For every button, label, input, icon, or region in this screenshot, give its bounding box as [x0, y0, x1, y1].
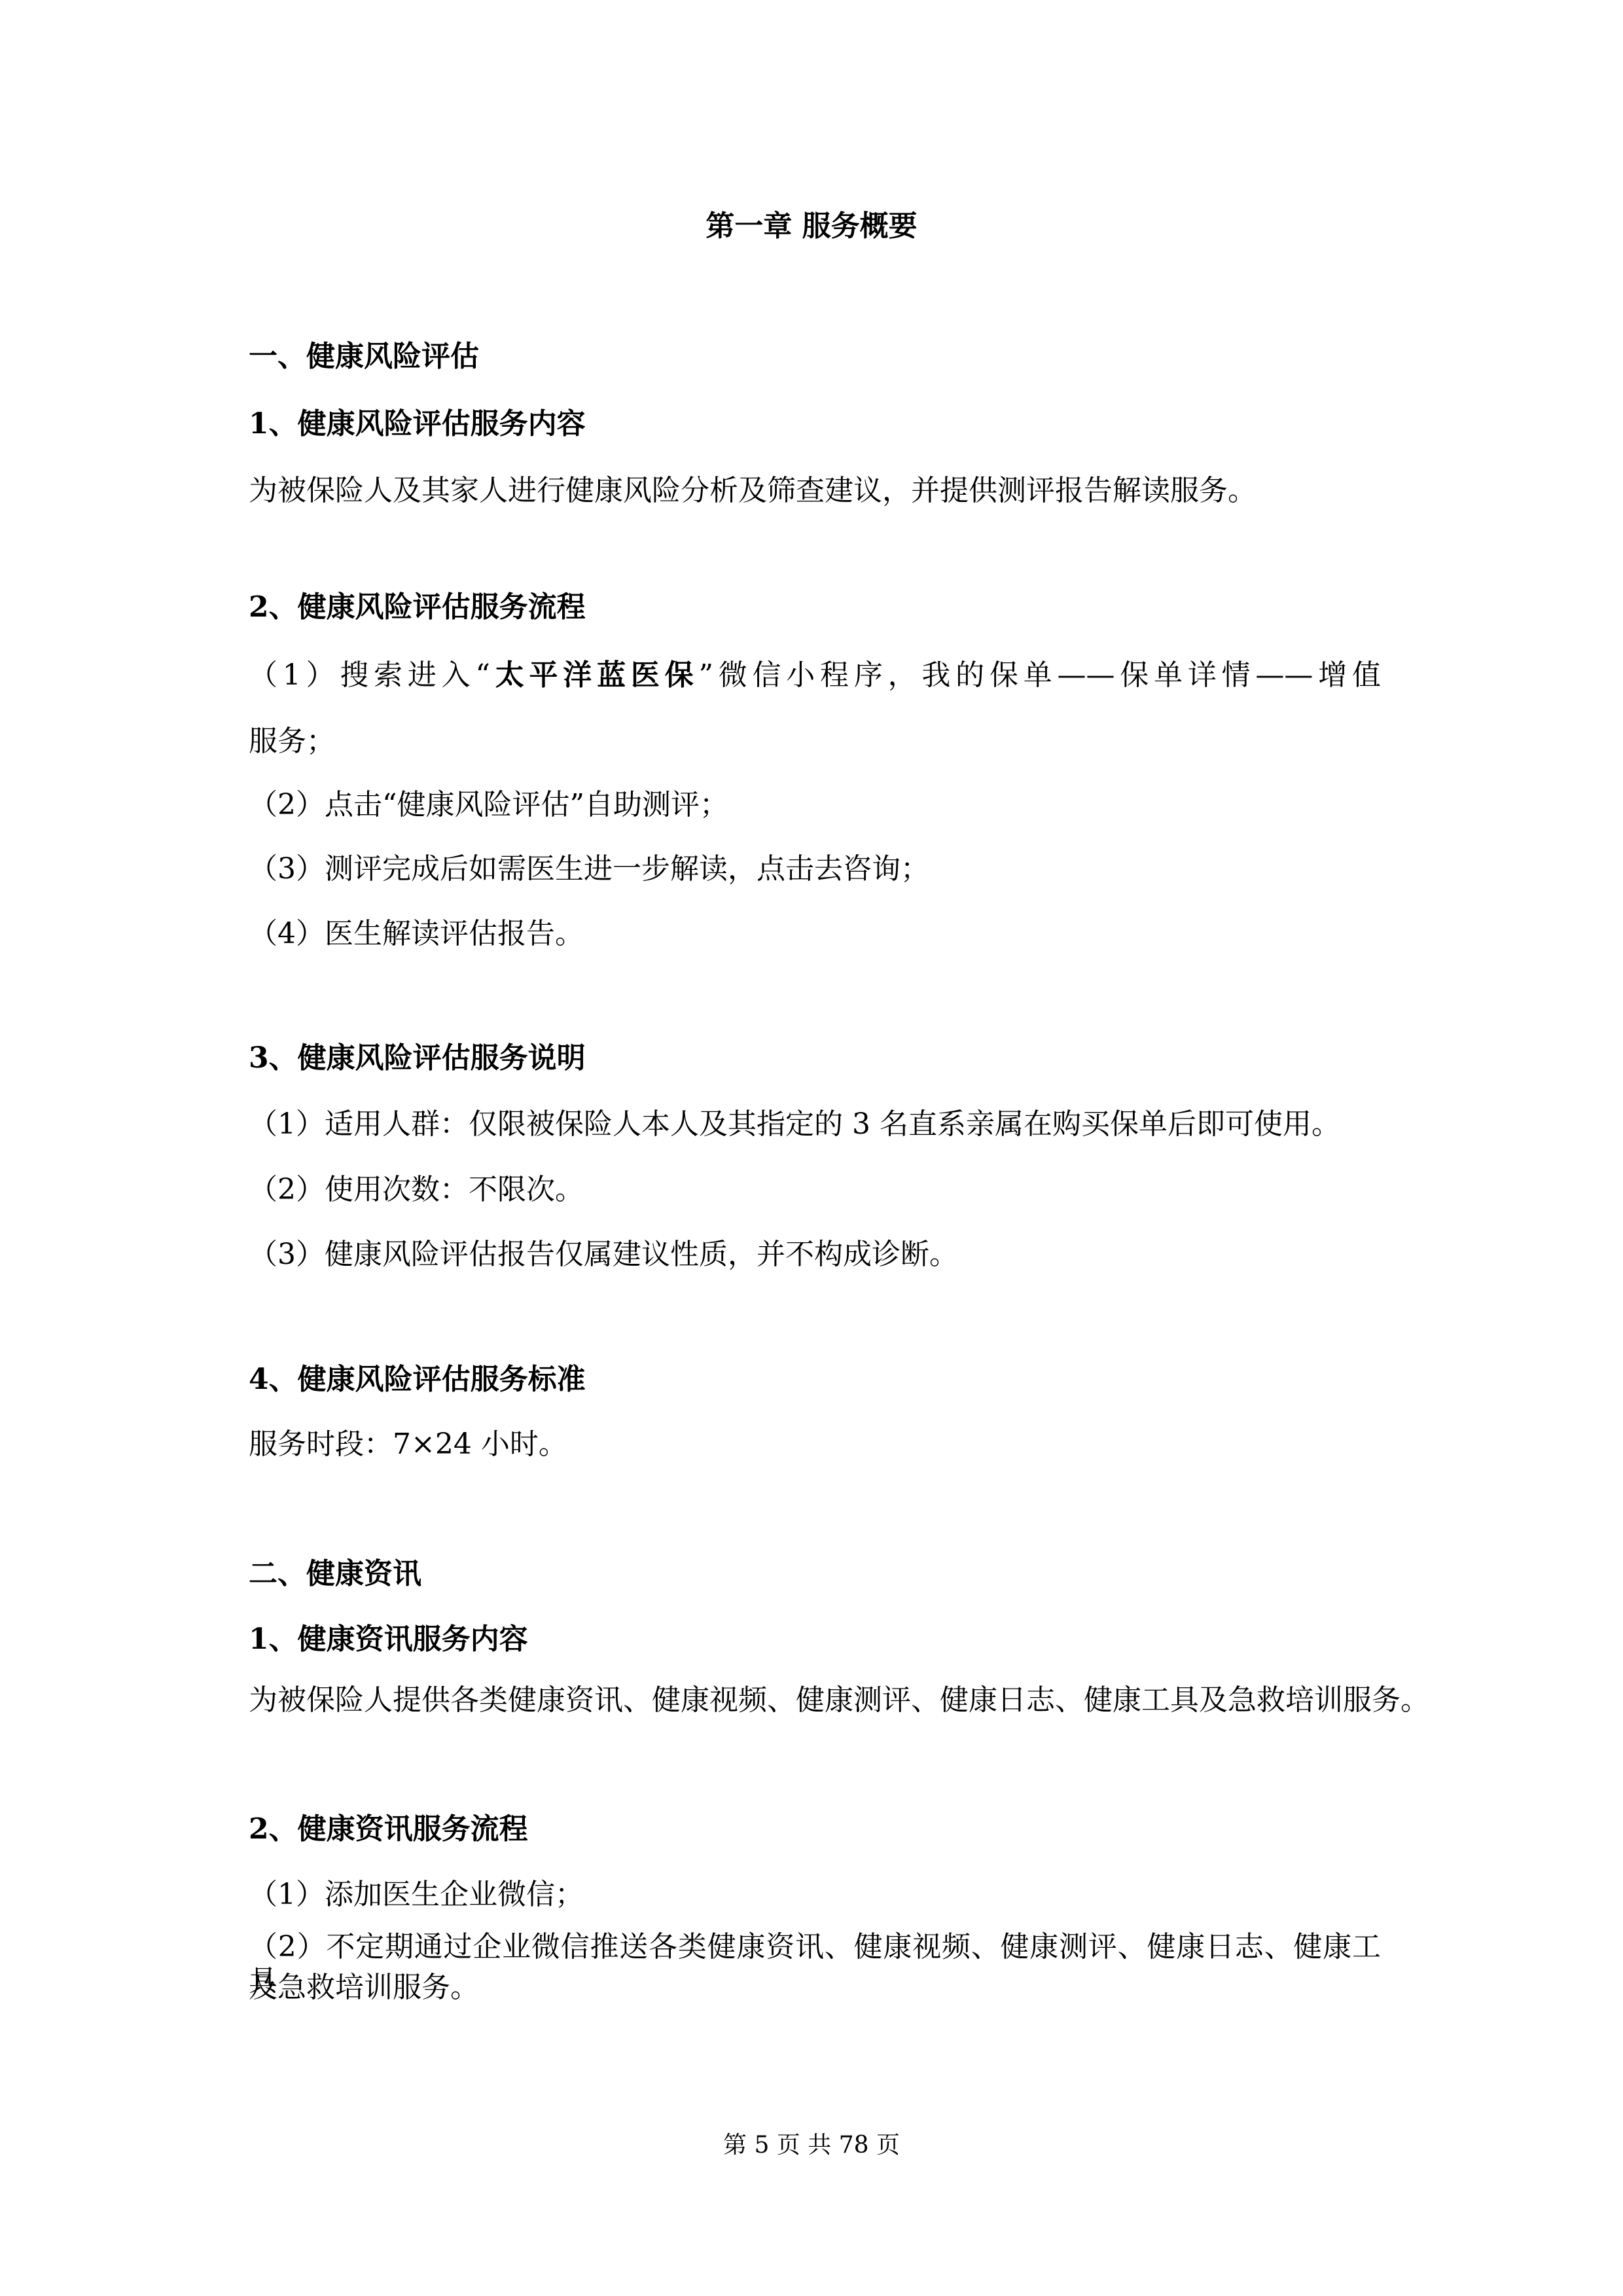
step-4-line: （4）医生解读评估报告。 — [249, 917, 584, 951]
subsection-1-2-heading: 2、健康风险评估服务流程 — [249, 590, 586, 624]
subsection-2-2-heading: 2、健康资讯服务流程 — [249, 1812, 528, 1846]
subsection-1-3-item-1: （1）适用人群：仅限被保险人本人及其指定的 3 名直系亲属在购买保单后即可使用。 — [249, 1107, 1340, 1141]
subsection-1-3-item-3: （3）健康风险评估报告仅属建议性质，并不构成诊断。 — [249, 1238, 958, 1272]
subsection-1-4-paragraph: 服务时段：7×24 小时。 — [249, 1427, 567, 1462]
section-1-heading: 一、健康风险评估 — [249, 340, 479, 374]
step-1-prefix: （1）搜索进入“ — [249, 658, 490, 692]
step-1-suffix: ”微信小程序，我的保单——保单详情——增值 — [698, 658, 1381, 692]
brand-name: 太平洋蓝医保 — [490, 658, 698, 692]
subsection-2-1-paragraph: 为被保险人提供各类健康资讯、健康视频、健康测评、健康日志、健康工具及急救培训服务… — [249, 1683, 1429, 1717]
subsection-2-2-item-2-line-2: 及急救培训服务。 — [249, 1971, 479, 2005]
subsection-1-3-item-2: （2）使用次数：不限次。 — [249, 1173, 584, 1207]
page-footer: 第 5 页 共 78 页 — [0, 2131, 1623, 2160]
section-2-heading: 二、健康资讯 — [249, 1557, 421, 1591]
chapter-title: 第一章 服务概要 — [0, 209, 1623, 243]
step-1-line-2: 服务； — [249, 725, 335, 759]
subsection-1-1-paragraph: 为被保险人及其家人进行健康风险分析及筛查建议，并提供测评报告解读服务。 — [249, 474, 1257, 508]
subsection-2-1-heading: 1、健康资讯服务内容 — [249, 1623, 528, 1657]
document-page: 第一章 服务概要 一、健康风险评估 1、健康风险评估服务内容 为被保险人及其家人… — [0, 0, 1623, 2296]
step-1-line-1: （1）搜索进入“太平洋蓝医保”微信小程序，我的保单——保单详情——增值 — [249, 658, 1381, 692]
subsection-1-1-heading: 1、健康风险评估服务内容 — [249, 407, 586, 441]
subsection-1-3-heading: 3、健康风险评估服务说明 — [249, 1041, 586, 1075]
step-2-line: （2）点击“健康风险评估”自助测评； — [249, 788, 728, 822]
subsection-1-4-heading: 4、健康风险评估服务标准 — [249, 1363, 586, 1397]
step-3-line: （3）测评完成后如需医生进一步解读，点击去咨询； — [249, 852, 929, 886]
subsection-2-2-item-1: （1）添加医生企业微信； — [249, 1878, 584, 1912]
